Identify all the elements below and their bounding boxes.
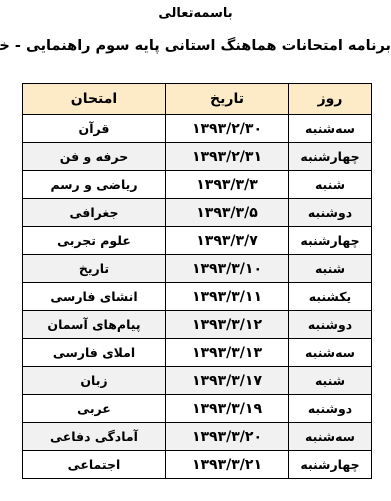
table-row: دوشنبه۱۳۹۳/۳/۵جغرافی xyxy=(23,199,372,227)
cell-day: شنبه xyxy=(289,367,372,395)
cell-day: سه‌شنبه xyxy=(289,339,372,367)
cell-date: ۱۳۹۳/۳/۷ xyxy=(166,227,289,255)
exam-schedule-table: روز تاریخ امتحان سه‌شنبه۱۳۹۳/۲/۳۰قرآنچها… xyxy=(22,83,372,479)
cell-day: شنبه xyxy=(289,255,372,283)
greeting-heading: باسمه‌تعالی xyxy=(0,6,391,21)
cell-exam: علوم تجربی xyxy=(23,227,166,255)
table-row: چهارشنبه۱۳۹۳/۲/۳۱حرفه و فن xyxy=(23,143,372,171)
cell-date: ۱۳۹۳/۳/۲۱ xyxy=(166,451,289,479)
table-row: یکشنبه۱۳۹۳/۳/۱۱انشای فارسی xyxy=(23,283,372,311)
cell-day: سه‌شنبه xyxy=(289,423,372,451)
cell-date: ۱۳۹۳/۲/۳۱ xyxy=(166,143,289,171)
table-row: چهارشنبه۱۳۹۳/۳/۲۱اجتماعی xyxy=(23,451,372,479)
cell-date: ۱۳۹۳/۳/۱۷ xyxy=(166,367,289,395)
table-row: چهارشنبه۱۳۹۳/۳/۷علوم تجربی xyxy=(23,227,372,255)
cell-exam: جغرافی xyxy=(23,199,166,227)
cell-date: ۱۳۹۳/۲/۳۰ xyxy=(166,115,289,143)
cell-date: ۱۳۹۳/۳/۱۹ xyxy=(166,395,289,423)
column-header-exam: امتحان xyxy=(23,84,166,115)
column-header-date: تاریخ xyxy=(166,84,289,115)
cell-day: یکشنبه xyxy=(289,283,372,311)
table-row: سه‌شنبه۱۳۹۳/۳/۱۳املای فارسی xyxy=(23,339,372,367)
cell-day: چهارشنبه xyxy=(289,227,372,255)
cell-exam: زبان xyxy=(23,367,166,395)
cell-day: دوشنبه xyxy=(289,199,372,227)
cell-date: ۱۳۹۳/۳/۱۳ xyxy=(166,339,289,367)
cell-date: ۱۳۹۳/۳/۱۲ xyxy=(166,311,289,339)
cell-exam: ریاضی و رسم xyxy=(23,171,166,199)
cell-exam: اجتماعی xyxy=(23,451,166,479)
cell-date: ۱۳۹۳/۳/۳ xyxy=(166,171,289,199)
cell-exam: آمادگی دفاعی xyxy=(23,423,166,451)
cell-date: ۱۳۹۳/۳/۵ xyxy=(166,199,289,227)
cell-date: ۱۳۹۳/۳/۱۱ xyxy=(166,283,289,311)
table-row: سه‌شنبه۱۳۹۳/۳/۲۰آمادگی دفاعی xyxy=(23,423,372,451)
cell-exam: تاریخ xyxy=(23,255,166,283)
cell-date: ۱۳۹۳/۳/۲۰ xyxy=(166,423,289,451)
cell-day: شنبه xyxy=(289,171,372,199)
cell-day: چهارشنبه xyxy=(289,451,372,479)
table-row: شنبه۱۳۹۳/۳/۳ریاضی و رسم xyxy=(23,171,372,199)
table-row: دوشنبه۱۳۹۳/۳/۱۲پیام‌های آسمان xyxy=(23,311,372,339)
column-header-day: روز xyxy=(289,84,372,115)
page-title: برنامه امتحانات هماهنگ استانی پایه سوم ر… xyxy=(0,38,391,54)
cell-day: دوشنبه xyxy=(289,395,372,423)
cell-exam: عربی xyxy=(23,395,166,423)
cell-exam: انشای فارسی xyxy=(23,283,166,311)
table-row: سه‌شنبه۱۳۹۳/۲/۳۰قرآن xyxy=(23,115,372,143)
cell-exam: املای فارسی xyxy=(23,339,166,367)
table-row: دوشنبه۱۳۹۳/۳/۱۹عربی xyxy=(23,395,372,423)
cell-exam: قرآن xyxy=(23,115,166,143)
cell-exam: حرفه و فن xyxy=(23,143,166,171)
cell-date: ۱۳۹۳/۳/۱۰ xyxy=(166,255,289,283)
cell-day: دوشنبه xyxy=(289,311,372,339)
cell-day: سه‌شنبه xyxy=(289,115,372,143)
cell-exam: پیام‌های آسمان xyxy=(23,311,166,339)
table-header-row: روز تاریخ امتحان xyxy=(23,84,372,115)
cell-day: چهارشنبه xyxy=(289,143,372,171)
table-row: شنبه۱۳۹۳/۳/۱۷زبان xyxy=(23,367,372,395)
table-row: شنبه۱۳۹۳/۳/۱۰تاریخ xyxy=(23,255,372,283)
